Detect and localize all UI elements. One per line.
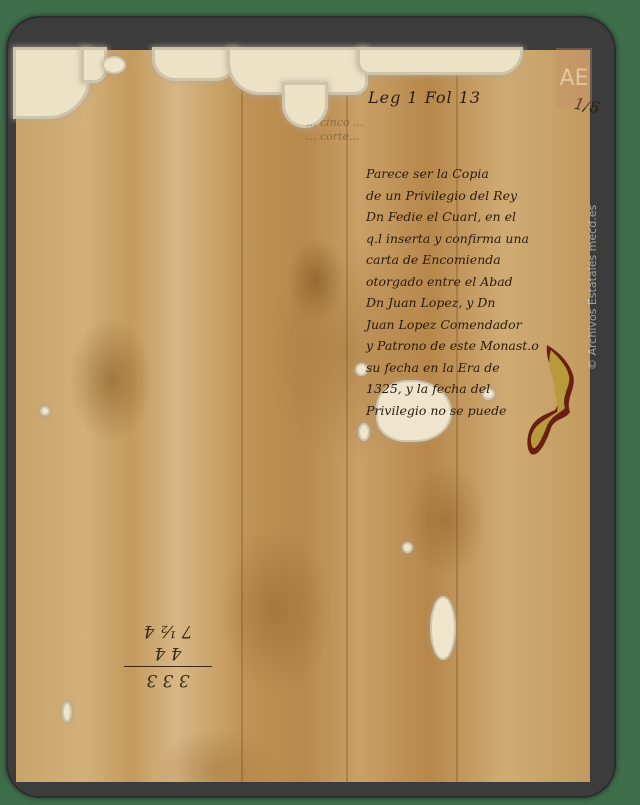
endorsement-line: q.l inserta y confirma una	[366, 228, 536, 250]
endorsement-line: Dn Juan Lopez, y Dn	[366, 292, 536, 314]
small-hole	[42, 408, 48, 414]
small-hole	[404, 544, 411, 551]
faded-line: ... cinco ...	[306, 116, 486, 130]
fold-line	[241, 50, 243, 782]
endorsement-line: otorgado entre el Abad	[366, 271, 536, 293]
number-row: 3 3 3	[118, 669, 218, 691]
number-row: 4 4	[118, 642, 218, 664]
number-rule	[124, 666, 212, 667]
fold-line	[346, 50, 348, 782]
small-hole	[357, 365, 366, 374]
endorsement-line: Parece ser la Copia	[366, 163, 536, 185]
archive-logo-watermark: AE	[556, 48, 592, 108]
endorsement-line: Privilegio no se puede	[366, 400, 536, 422]
endorsement-line: de un Privilegio del Rey	[366, 185, 536, 207]
copyright-watermark: © Archivos Estatales mecd.es	[586, 205, 599, 370]
small-hole	[360, 425, 368, 439]
endorsement-line: carta de Encomienda	[366, 249, 536, 271]
torn-edge	[84, 50, 104, 80]
wax-seal-remnant	[525, 340, 585, 465]
small-hole	[64, 704, 70, 720]
archive-reference: Leg 1 Fol 13	[368, 88, 481, 107]
faded-text: ... cinco ... ... corte...	[306, 116, 486, 144]
small-hole	[104, 58, 124, 72]
endorsement-line: y Patrono de este Monast.o	[366, 335, 536, 357]
torn-edge	[155, 50, 235, 78]
endorsement-line: Juan Lopez Comendador	[366, 314, 536, 336]
endorsement-text: Parece ser la Copia de un Privilegio del…	[366, 163, 536, 421]
endorsement-line: 1325, y la fecha del	[366, 378, 536, 400]
elongated-hole	[432, 598, 454, 658]
number-row: 7 ½ 4	[118, 620, 218, 642]
faded-line: ... corte...	[306, 130, 486, 144]
torn-edge	[360, 50, 520, 72]
endorsement-line: Dn Fedie el Cuarl, en el	[366, 206, 536, 228]
endorsement-line: su fecha en la Era de	[366, 357, 536, 379]
inverted-numbers: 3 3 3 4 4 7 ½ 4	[118, 620, 218, 691]
